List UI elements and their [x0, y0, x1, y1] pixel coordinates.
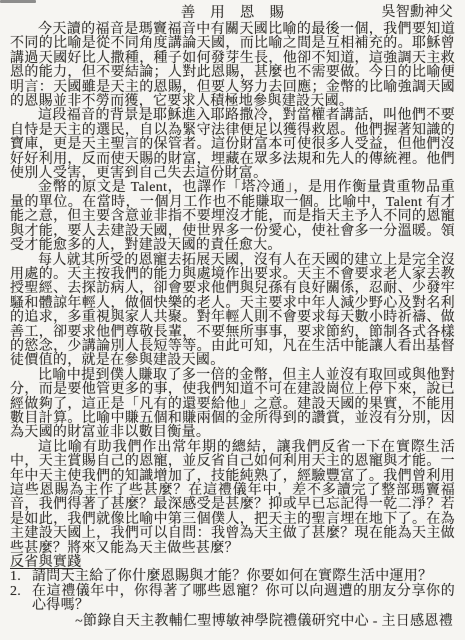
paragraph: 今天讀的福音是瑪竇福音中有關天國比喻的最後一個，我們要知道不同的比喻是從不同角度…: [10, 23, 455, 109]
question-text: 在這禮儀年中，你得著了哪些恩寵？你可以向週遭的朋友分享你的心得嗎？: [32, 585, 455, 614]
question-text: 請問天主給了你什麼恩賜與才能？你要如何在實際生活中運用？: [32, 570, 455, 584]
question-item: 2. 在這禮儀年中，你得著了哪些恩寵？你可以向週遭的朋友分享你的心得嗎？: [10, 585, 455, 614]
paragraph: 這段福音的背景是耶穌進入耶路撒冷，對當權者講話，叫他們不要自恃是天主的選民，自以…: [10, 109, 455, 181]
attribution-footer: ~節錄自天主教輔仁聖博敏神學院禮儀研究中心 - 主日感恩禮: [10, 615, 455, 629]
paragraph: 這比喻有助我們作出常年期的總結，讓我們反省一下在實際生活中，天主賞賜自己的恩寵，…: [10, 441, 455, 556]
paragraph: 比喻中提到僕人賺取了多一倍的金幣，但主人並沒有取回或與他對分，而是要他管更多的事…: [10, 369, 455, 441]
paragraph: 每人就其所受的恩寵去拓展天國，沒有人在天國的建立上是完全沒用處的。天主按我們的能…: [10, 254, 455, 369]
question-number: 1.: [10, 570, 32, 584]
scan-artifact: [0, 0, 36, 3]
document-header: 善 用 恩 賜 吳智勳神父: [10, 6, 455, 21]
question-number: 2.: [10, 585, 32, 599]
page-title: 善 用 恩 賜: [181, 6, 285, 20]
reflection-section: 反省與實踐 1. 請問天主給了你什麼恩賜與才能？你要如何在實際生活中運用？ 2.…: [10, 556, 455, 614]
paragraph: 金幣的原文是 Talent，也譯作「塔冷通」，是用作衡量貴重物品重量的單位。在當…: [10, 181, 455, 253]
question-item: 1. 請問天主給了你什麼恩賜與才能？你要如何在實際生活中運用？: [10, 570, 455, 584]
author-name: 吳智勳神父: [382, 6, 454, 20]
body-text: 今天讀的福音是瑪竇福音中有關天國比喻的最後一個，我們要知道不同的比喻是從不同角度…: [10, 23, 455, 556]
document-page: 善 用 恩 賜 吳智勳神父 今天讀的福音是瑪竇福音中有關天國比喻的最後一個，我們…: [0, 0, 465, 640]
